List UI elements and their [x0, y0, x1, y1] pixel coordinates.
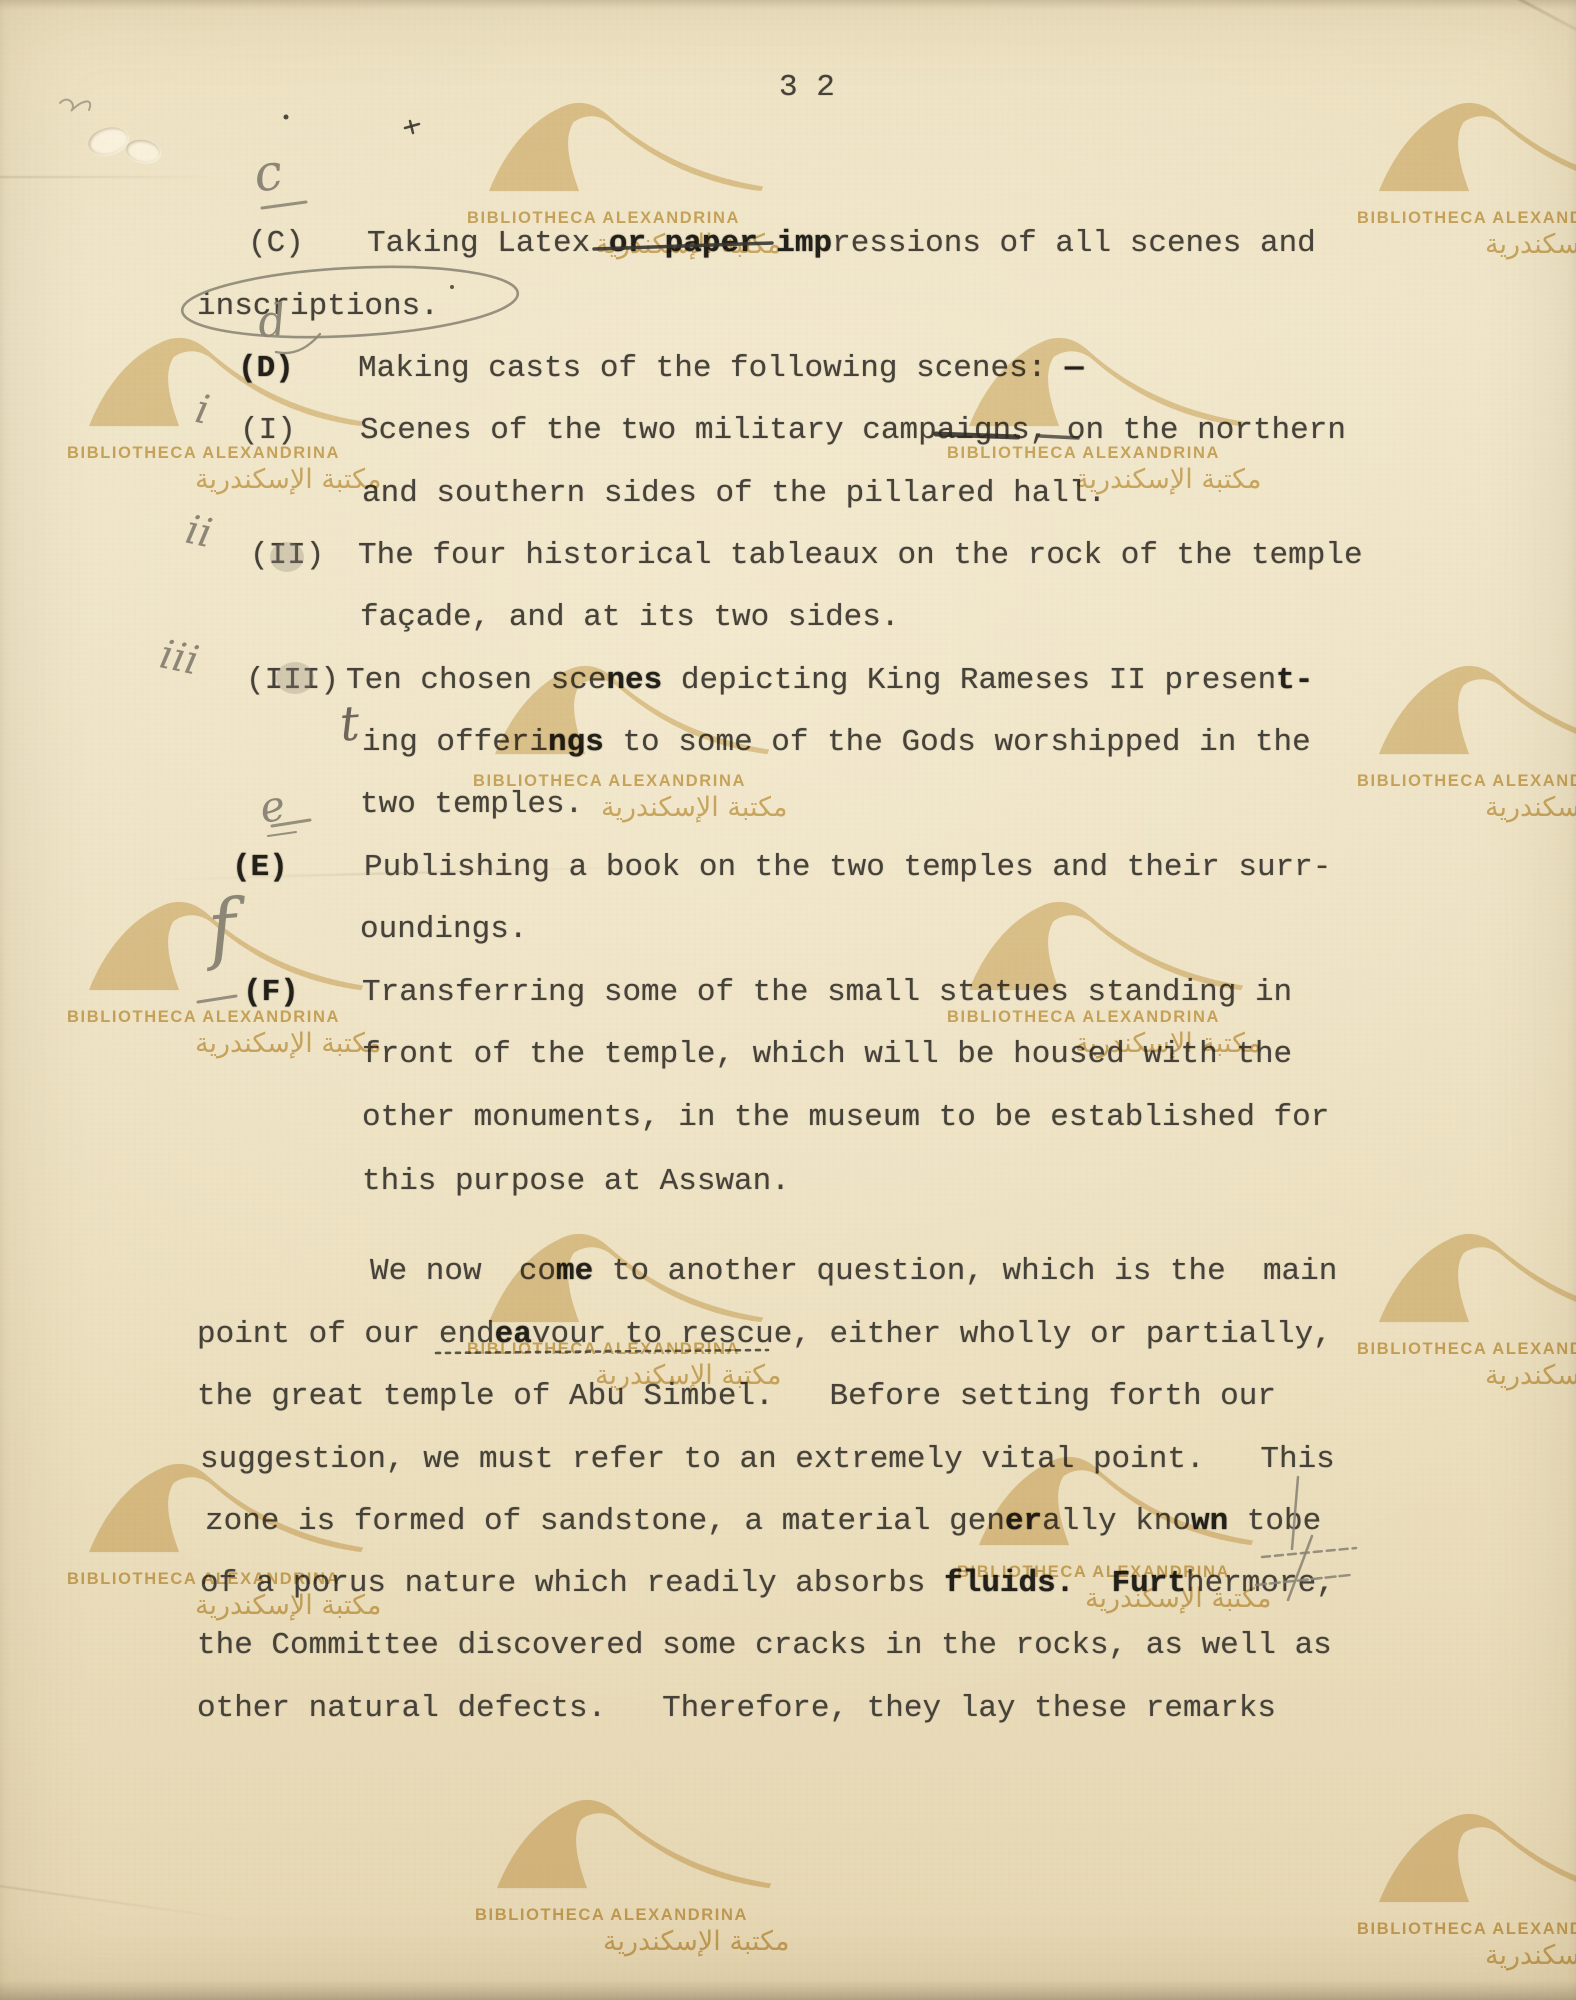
typed-line: (I)Scenes of the two military campaigns,…: [0, 413, 1576, 455]
typed-line-text: this purpose at Asswan.: [362, 1164, 790, 1199]
typed-line-text: point of our endeavour to rescue, either…: [197, 1317, 1332, 1352]
typed-line: and southern sides of the pillared hall.: [0, 476, 1576, 518]
typed-line-text: of a porus nature which readily absorbs …: [200, 1566, 1335, 1601]
typed-line: (C)Taking Latex or paper impressions of …: [0, 226, 1576, 268]
typed-line-text: zone is formed of sandstone, a material …: [205, 1504, 1321, 1539]
typed-line-text: Taking Latex or paper impressions of all…: [367, 226, 1316, 261]
item-label: (I): [240, 413, 296, 448]
typed-line: this purpose at Asswan.: [0, 1164, 1576, 1206]
typed-line-text: façade, and at its two sides.: [360, 600, 900, 635]
typed-line: front of the temple, which will be house…: [0, 1037, 1576, 1079]
typed-line: (III)Ten chosen scenes depicting King Ra…: [0, 663, 1576, 705]
typed-line: point of our endeavour to rescue, either…: [0, 1317, 1576, 1359]
typed-line: (II)The four historical tableaux on the …: [0, 538, 1576, 580]
typed-line: the Committee discovered some cracks in …: [0, 1628, 1576, 1670]
typed-line: inscriptions.: [0, 289, 1576, 331]
typed-line: ing offerings to some of the Gods worshi…: [0, 725, 1576, 767]
typed-line: zone is formed of sandstone, a material …: [0, 1504, 1576, 1546]
typed-line-text: two temples.: [360, 787, 583, 822]
typed-line: oundings.: [0, 912, 1576, 954]
typed-line-text: the great temple of Abu Simbel. Before s…: [197, 1379, 1276, 1414]
typed-line: the great temple of Abu Simbel. Before s…: [0, 1379, 1576, 1421]
typed-line-text: We now come to another question, which i…: [370, 1254, 1337, 1289]
item-label: (III): [246, 663, 339, 698]
typed-line-text: and southern sides of the pillared hall.: [362, 476, 1106, 511]
item-label: (C): [248, 226, 304, 261]
typed-line: We now come to another question, which i…: [0, 1254, 1576, 1296]
typed-line: (E)Publishing a book on the two temples …: [0, 850, 1576, 892]
typed-line-text: Scenes of the two military campaigns, on…: [360, 413, 1346, 448]
page-number: 3 2: [779, 70, 835, 105]
typed-line: (F)Transferring some of the small statue…: [0, 975, 1576, 1017]
typed-line: other monuments, in the museum to be est…: [0, 1100, 1576, 1142]
typed-line-text: Ten chosen scenes depicting King Rameses…: [346, 663, 1313, 698]
typed-line: (D)Making casts of the following scenes:…: [0, 351, 1576, 393]
typed-line: of a porus nature which readily absorbs …: [0, 1566, 1576, 1608]
typed-line-text: inscriptions.: [197, 289, 439, 324]
typed-line-text: suggestion, we must refer to an extremel…: [200, 1442, 1335, 1477]
typed-line-text: oundings.: [360, 912, 527, 947]
typed-line-text: Publishing a book on the two temples and…: [364, 850, 1331, 885]
typed-line-text: Making casts of the following scenes: —: [358, 351, 1084, 386]
item-label: (E): [232, 850, 288, 885]
typed-line-text: The four historical tableaux on the rock…: [358, 538, 1363, 573]
typed-line-text: the Committee discovered some cracks in …: [197, 1628, 1332, 1663]
document-page: 3 2 (C)Taking Latex or paper impressions…: [0, 0, 1576, 2000]
typed-line: suggestion, we must refer to an extremel…: [0, 1442, 1576, 1484]
typed-line-text: other monuments, in the museum to be est…: [362, 1100, 1329, 1135]
typed-text-layer: 3 2 (C)Taking Latex or paper impressions…: [0, 0, 1576, 2000]
typed-line-text: ing offerings to some of the Gods worshi…: [362, 725, 1311, 760]
item-label: (II): [250, 538, 324, 573]
typed-line: façade, and at its two sides.: [0, 600, 1576, 642]
item-label: (F): [243, 975, 299, 1010]
typed-line-text: front of the temple, which will be house…: [362, 1037, 1292, 1072]
typed-line-text: Transferring some of the small statues s…: [362, 975, 1292, 1010]
typed-line: other natural defects. Therefore, they l…: [0, 1691, 1576, 1733]
typed-line-text: other natural defects. Therefore, they l…: [197, 1691, 1276, 1726]
item-label: (D): [238, 351, 294, 386]
typed-line: two temples.: [0, 787, 1576, 829]
